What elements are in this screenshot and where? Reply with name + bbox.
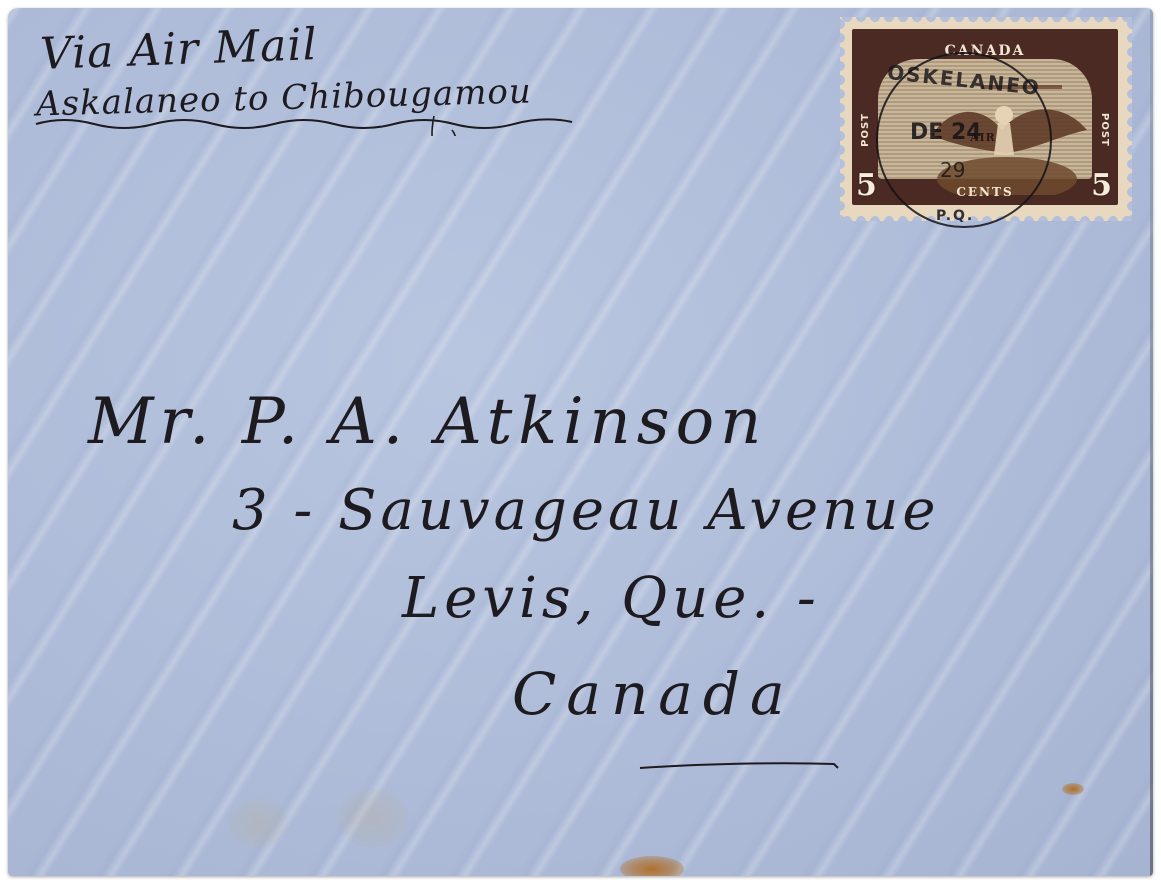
postmark-cancel: OSKELANEO DE 24 29 P.Q. (876, 52, 1052, 228)
postmark-year: 29 (940, 158, 965, 182)
address-street: 3 - Sauvageau Avenue (232, 478, 939, 543)
address-name: Mr. P. A. Atkinson (88, 385, 767, 459)
postmark-province: P.Q. (936, 208, 974, 224)
faint-stain (228, 798, 288, 848)
rust-stain-bottom (620, 856, 684, 876)
routing-note-via-air-mail: Via Air Mail (39, 19, 318, 80)
address-country: Canada (512, 660, 795, 728)
envelope-photo: Via Air Mail Askalaneo to Chibougamou CA… (0, 0, 1161, 886)
faint-stain (338, 788, 408, 848)
stamp-post-left-label: POST (860, 113, 871, 147)
rust-stain-right (1062, 783, 1084, 795)
postmark-date: DE 24 (910, 120, 982, 145)
envelope-edge (1150, 8, 1153, 876)
address-city: Levis, Que. - (402, 566, 821, 631)
wavy-underline (34, 112, 574, 136)
country-underline (638, 758, 844, 774)
